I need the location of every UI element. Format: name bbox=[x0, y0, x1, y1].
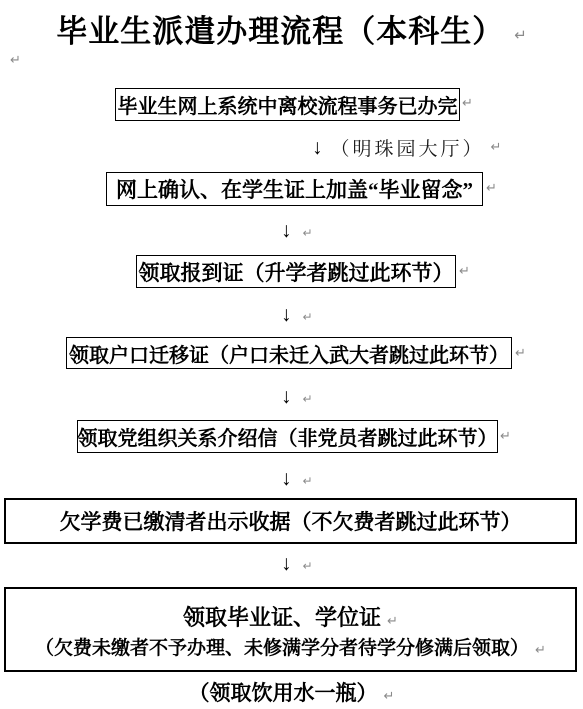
page-title-text: 毕业生派遣办理流程（本科生） bbox=[56, 14, 504, 49]
paragraph-mark-icon: ↵ bbox=[384, 689, 395, 704]
document-page: 毕业生派遣办理流程（本科生）↵ ↵ 毕业生网上系统中离校流程事务已办完 ↵ ↓ … bbox=[0, 0, 583, 709]
paragraph-mark-icon: ↵ bbox=[491, 140, 502, 155]
flow-step-box-1: 毕业生网上系统中离校流程事务已办完 bbox=[115, 88, 460, 121]
flow-step-label: 领取户口迁移证（户口未迁入武大者跳过此环节） bbox=[69, 339, 509, 368]
flow-arrow-with-location: ↓ （明珠园大厅） ↵ bbox=[312, 134, 501, 161]
flow-step-box-6: 欠学费已缴清者出示收据（不欠费者跳过此环节） bbox=[4, 498, 577, 544]
paragraph-mark-icon: ↵ bbox=[303, 226, 313, 240]
down-arrow-icon: ↓ bbox=[281, 466, 292, 490]
flow-step-box-4: 领取户口迁移证（户口未迁入武大者跳过此环节） bbox=[66, 337, 512, 369]
paragraph-mark-icon: ↵ bbox=[535, 643, 546, 658]
flow-step-box-5: 领取党组织关系介绍信（非党员者跳过此环节） bbox=[77, 420, 498, 453]
paragraph-mark-icon: ↵ bbox=[500, 429, 511, 444]
flow-step-box-2: 网上确认、在学生证上加盖“毕业留念” bbox=[106, 172, 483, 206]
flow-arrow: ↓↵ bbox=[281, 219, 313, 244]
flow-step-box-7: 领取毕业证、学位证↵ （欠费未缴者不予办理、未修满学分者待学分修满后领取）↵ bbox=[4, 587, 577, 672]
flow-step-line: （欠费未缴者不予办理、未修满学分者待学分修满后领取）↵ bbox=[35, 633, 546, 660]
down-arrow-icon: ↓ bbox=[281, 384, 292, 408]
page-title: 毕业生派遣办理流程（本科生）↵ bbox=[0, 6, 583, 51]
arrow-location-note: （明珠园大厅） bbox=[331, 134, 485, 161]
flow-step-line: 领取毕业证、学位证↵ bbox=[183, 601, 398, 632]
paragraph-mark-icon: ↵ bbox=[303, 474, 313, 488]
paragraph-mark-icon: ↵ bbox=[387, 614, 398, 629]
down-arrow-icon: ↓ bbox=[281, 302, 292, 326]
flow-step-label: 领取党组织关系介绍信（非党员者跳过此环节） bbox=[78, 422, 498, 451]
flow-arrow: ↓↵ bbox=[281, 552, 313, 577]
down-arrow-icon: ↓ bbox=[281, 218, 292, 242]
paragraph-mark-icon: ↵ bbox=[459, 264, 470, 279]
paragraph-mark-icon: ↵ bbox=[515, 346, 526, 361]
flow-step-box-3: 领取报到证（升学者跳过此环节） bbox=[136, 255, 456, 288]
flow-step-label: 领取毕业证、学位证 bbox=[183, 605, 381, 630]
flow-step-label: 网上确认、在学生证上加盖“毕业留念” bbox=[116, 174, 473, 204]
paragraph-mark-icon: ↵ bbox=[514, 26, 527, 44]
paragraph-mark-icon: ↵ bbox=[303, 310, 313, 324]
flow-arrow: ↓↵ bbox=[281, 303, 313, 328]
paragraph-mark-icon: ↵ bbox=[486, 181, 497, 196]
flow-step-note: （欠费未缴者不予办理、未修满学分者待学分修满后领取） bbox=[35, 638, 529, 659]
paragraph-mark-icon: ↵ bbox=[303, 559, 313, 573]
down-arrow-icon: ↓ bbox=[281, 551, 292, 575]
paragraph-mark-icon: ↵ bbox=[10, 53, 21, 68]
flow-step-label: 领取报到证（升学者跳过此环节） bbox=[139, 257, 454, 287]
footer-note: （领取饮用水一瓶）↵ bbox=[0, 677, 583, 707]
flow-arrow: ↓↵ bbox=[281, 385, 313, 410]
flow-step-label: 毕业生网上系统中离校流程事务已办完 bbox=[118, 90, 458, 119]
paragraph-mark-icon: ↵ bbox=[303, 392, 313, 406]
down-arrow-icon: ↓ bbox=[312, 135, 323, 160]
paragraph-mark-icon: ↵ bbox=[462, 96, 473, 111]
flow-step-label: 欠学费已缴清者出示收据（不欠费者跳过此环节） bbox=[60, 506, 522, 536]
footer-note-text: （领取饮用水一瓶） bbox=[189, 681, 378, 705]
flow-arrow: ↓↵ bbox=[281, 467, 313, 492]
